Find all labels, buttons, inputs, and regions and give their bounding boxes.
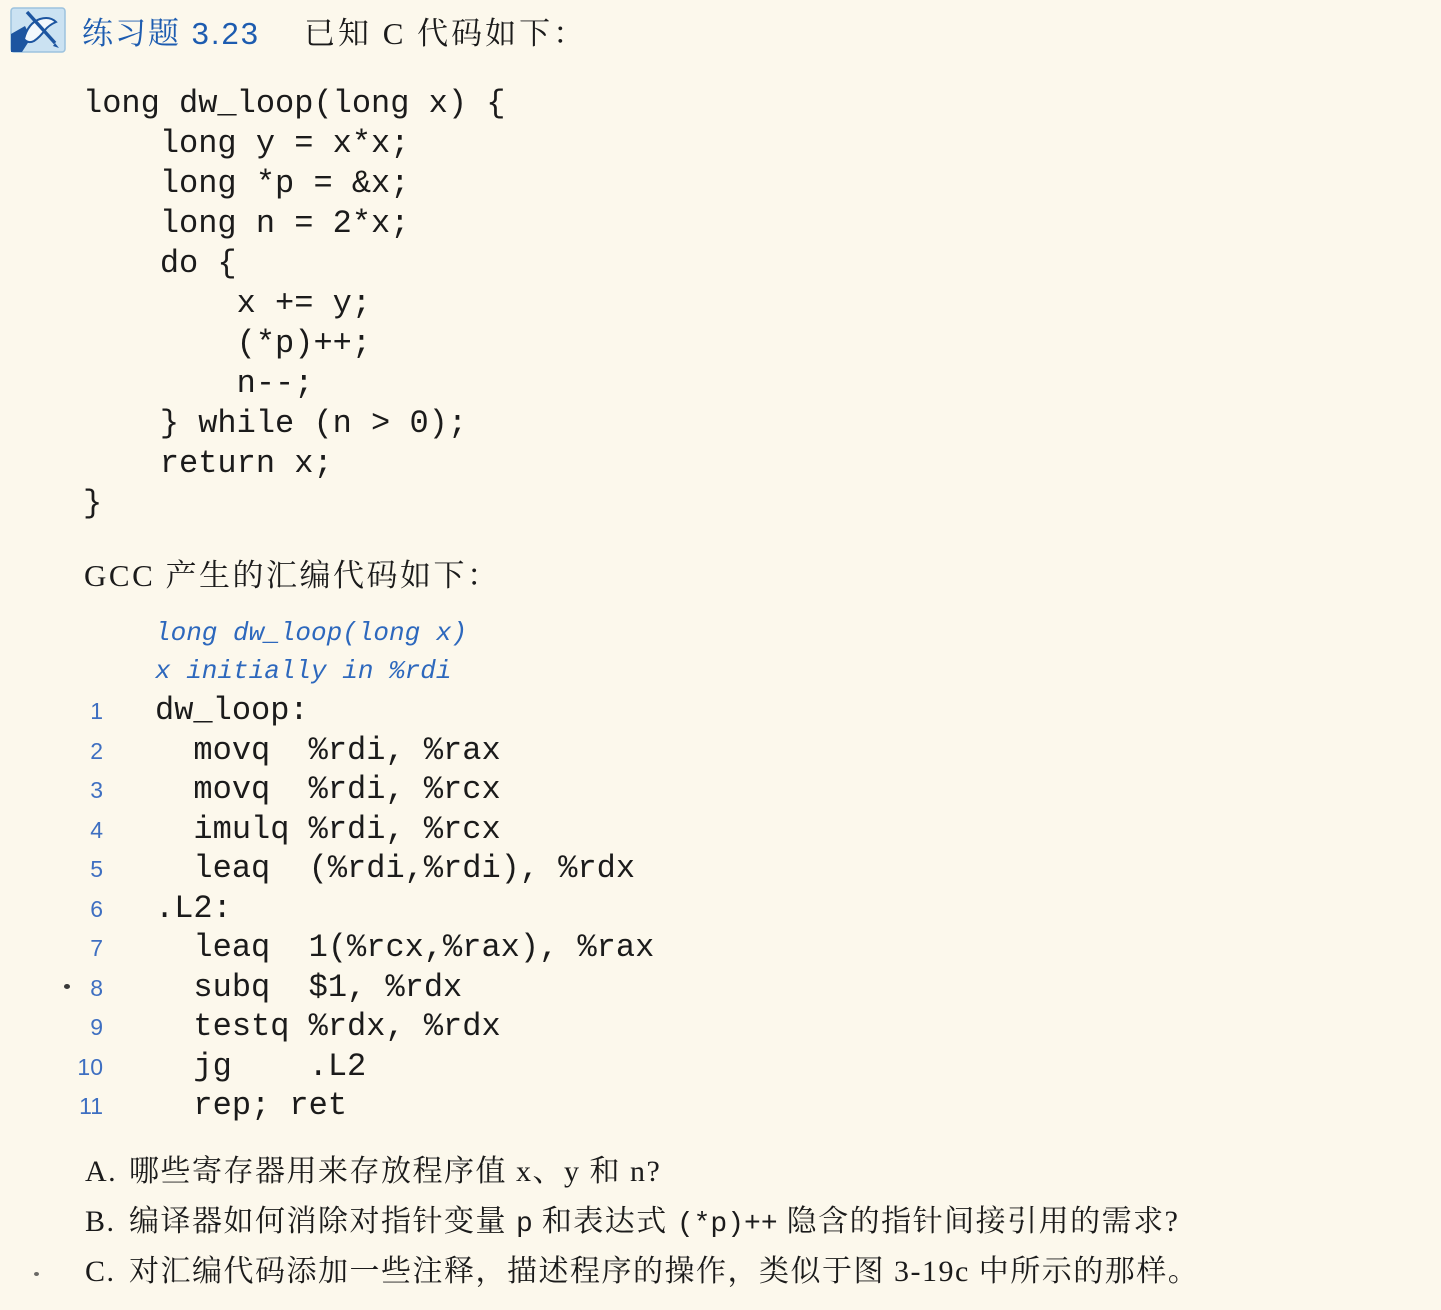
assembly-intro-text: GCC 产生的汇编代码如下： bbox=[84, 550, 501, 595]
assembly-row: 6 .L2: bbox=[0, 890, 900, 930]
assembly-instruction: jg .L2 bbox=[103, 1048, 366, 1085]
question-label: B. bbox=[85, 1205, 129, 1239]
problem-header: 练习题 3.23 已知 C 代码如下： bbox=[10, 6, 587, 54]
assembly-line-number: 8 bbox=[0, 975, 103, 1002]
problem-prompt: 已知 C 代码如下： bbox=[304, 8, 587, 53]
assembly-instruction: movq %rdi, %rcx bbox=[103, 771, 501, 808]
assembly-row: 5 leaq (%rdi,%rdi), %rdx bbox=[0, 850, 900, 890]
question-text: 对汇编代码添加一些注释，描述程序的操作，类似于图 3-19c 中所示的那样。 bbox=[129, 1255, 1199, 1288]
c-code-line: long *p = &x; bbox=[83, 164, 505, 204]
question-c: C.对汇编代码添加一些注释，描述程序的操作，类似于图 3-19c 中所示的那样。 bbox=[85, 1246, 1405, 1296]
assembly-row: 3 movq %rdi, %rcx bbox=[0, 771, 900, 811]
c-code-line: x += y; bbox=[83, 284, 505, 324]
assembly-instruction: movq %rdi, %rax bbox=[103, 732, 501, 769]
c-code-line: } while (n > 0); bbox=[83, 404, 505, 444]
c-code-line: n--; bbox=[83, 364, 505, 404]
pencil-writing-hand-icon bbox=[10, 7, 66, 53]
assembly-row: 1 dw_loop: bbox=[0, 692, 900, 732]
question-a: A.哪些寄存器用来存放程序值 x、y 和 n? bbox=[85, 1146, 1405, 1196]
assembly-row: 9 testq %rdx, %rdx bbox=[0, 1008, 900, 1048]
print-dot-artifact bbox=[64, 984, 70, 989]
question-text: 编译器如何消除对指针变量 bbox=[129, 1205, 516, 1238]
assembly-line-number: 11 bbox=[0, 1093, 103, 1120]
question-label: C. bbox=[85, 1255, 129, 1289]
question-text: 隐含的指针间接引用的需求? bbox=[778, 1205, 1180, 1238]
assembly-line-number: 10 bbox=[0, 1054, 103, 1081]
c-code-line: long y = x*x; bbox=[83, 124, 505, 164]
assembly-row: 4 imulq %rdi, %rcx bbox=[0, 811, 900, 851]
assembly-line-number: 7 bbox=[0, 935, 103, 962]
question-text: 哪些寄存器用来存放程序值 x、y 和 n? bbox=[129, 1155, 661, 1188]
assembly-instruction: dw_loop: bbox=[103, 692, 309, 729]
assembly-instruction: imulq %rdi, %rcx bbox=[103, 811, 501, 848]
c-code-block: long dw_loop(long x) { long y = x*x; lon… bbox=[83, 84, 505, 524]
assembly-line-number: 1 bbox=[0, 698, 103, 725]
question-label: A. bbox=[85, 1155, 129, 1189]
assembly-row: 8 subq $1, %rdx bbox=[0, 969, 900, 1009]
assembly-row: 2 movq %rdi, %rax bbox=[0, 732, 900, 772]
c-code-line: return x; bbox=[83, 444, 505, 484]
question-text: 和表达式 bbox=[533, 1205, 677, 1238]
question-b: B.编译器如何消除对指针变量 p 和表达式 (*p)++ 隐含的指针间接引用的需… bbox=[85, 1196, 1405, 1246]
assembly-line-number: 3 bbox=[0, 777, 103, 804]
c-code-line: long n = 2*x; bbox=[83, 204, 505, 244]
assembly-instruction: rep; ret bbox=[103, 1087, 347, 1124]
assembly-line-number: 9 bbox=[0, 1014, 103, 1041]
c-code-line: do { bbox=[83, 244, 505, 284]
assembly-instruction: leaq (%rdi,%rdi), %rdx bbox=[103, 850, 635, 887]
assembly-instruction: .L2: bbox=[103, 890, 232, 927]
c-code-line: long dw_loop(long x) { bbox=[83, 84, 505, 124]
inline-code: (*p)++ bbox=[677, 1209, 778, 1240]
assembly-instruction: leaq 1(%rcx,%rax), %rax bbox=[103, 929, 654, 966]
c-code-line: (*p)++; bbox=[83, 324, 505, 364]
assembly-line-number: 4 bbox=[0, 817, 103, 844]
problem-title: 练习题 3.23 bbox=[82, 8, 260, 53]
assembly-line-number: 5 bbox=[0, 856, 103, 883]
inline-code: p bbox=[516, 1209, 533, 1240]
assembly-row: 10 jg .L2 bbox=[0, 1048, 900, 1088]
assembly-row: 7 leaq 1(%rcx,%rax), %rax bbox=[0, 929, 900, 969]
assembly-comment: long dw_loop(long x) bbox=[155, 614, 467, 652]
assembly-line-number: 6 bbox=[0, 896, 103, 923]
question-list: A.哪些寄存器用来存放程序值 x、y 和 n? B.编译器如何消除对指针变量 p… bbox=[85, 1146, 1405, 1296]
assembly-row: 11 rep; ret bbox=[0, 1087, 900, 1127]
assembly-listing: 1 dw_loop: 2 movq %rdi, %rax 3 movq %rdi… bbox=[0, 692, 900, 1127]
c-code-line: } bbox=[83, 484, 505, 524]
print-dot-artifact bbox=[34, 1272, 39, 1276]
assembly-comment: x initially in %rdi bbox=[155, 652, 467, 690]
assembly-line-number: 2 bbox=[0, 738, 103, 765]
assembly-instruction: subq $1, %rdx bbox=[103, 969, 462, 1006]
assembly-comment-block: long dw_loop(long x) x initially in %rdi bbox=[155, 614, 467, 690]
assembly-instruction: testq %rdx, %rdx bbox=[103, 1008, 501, 1045]
